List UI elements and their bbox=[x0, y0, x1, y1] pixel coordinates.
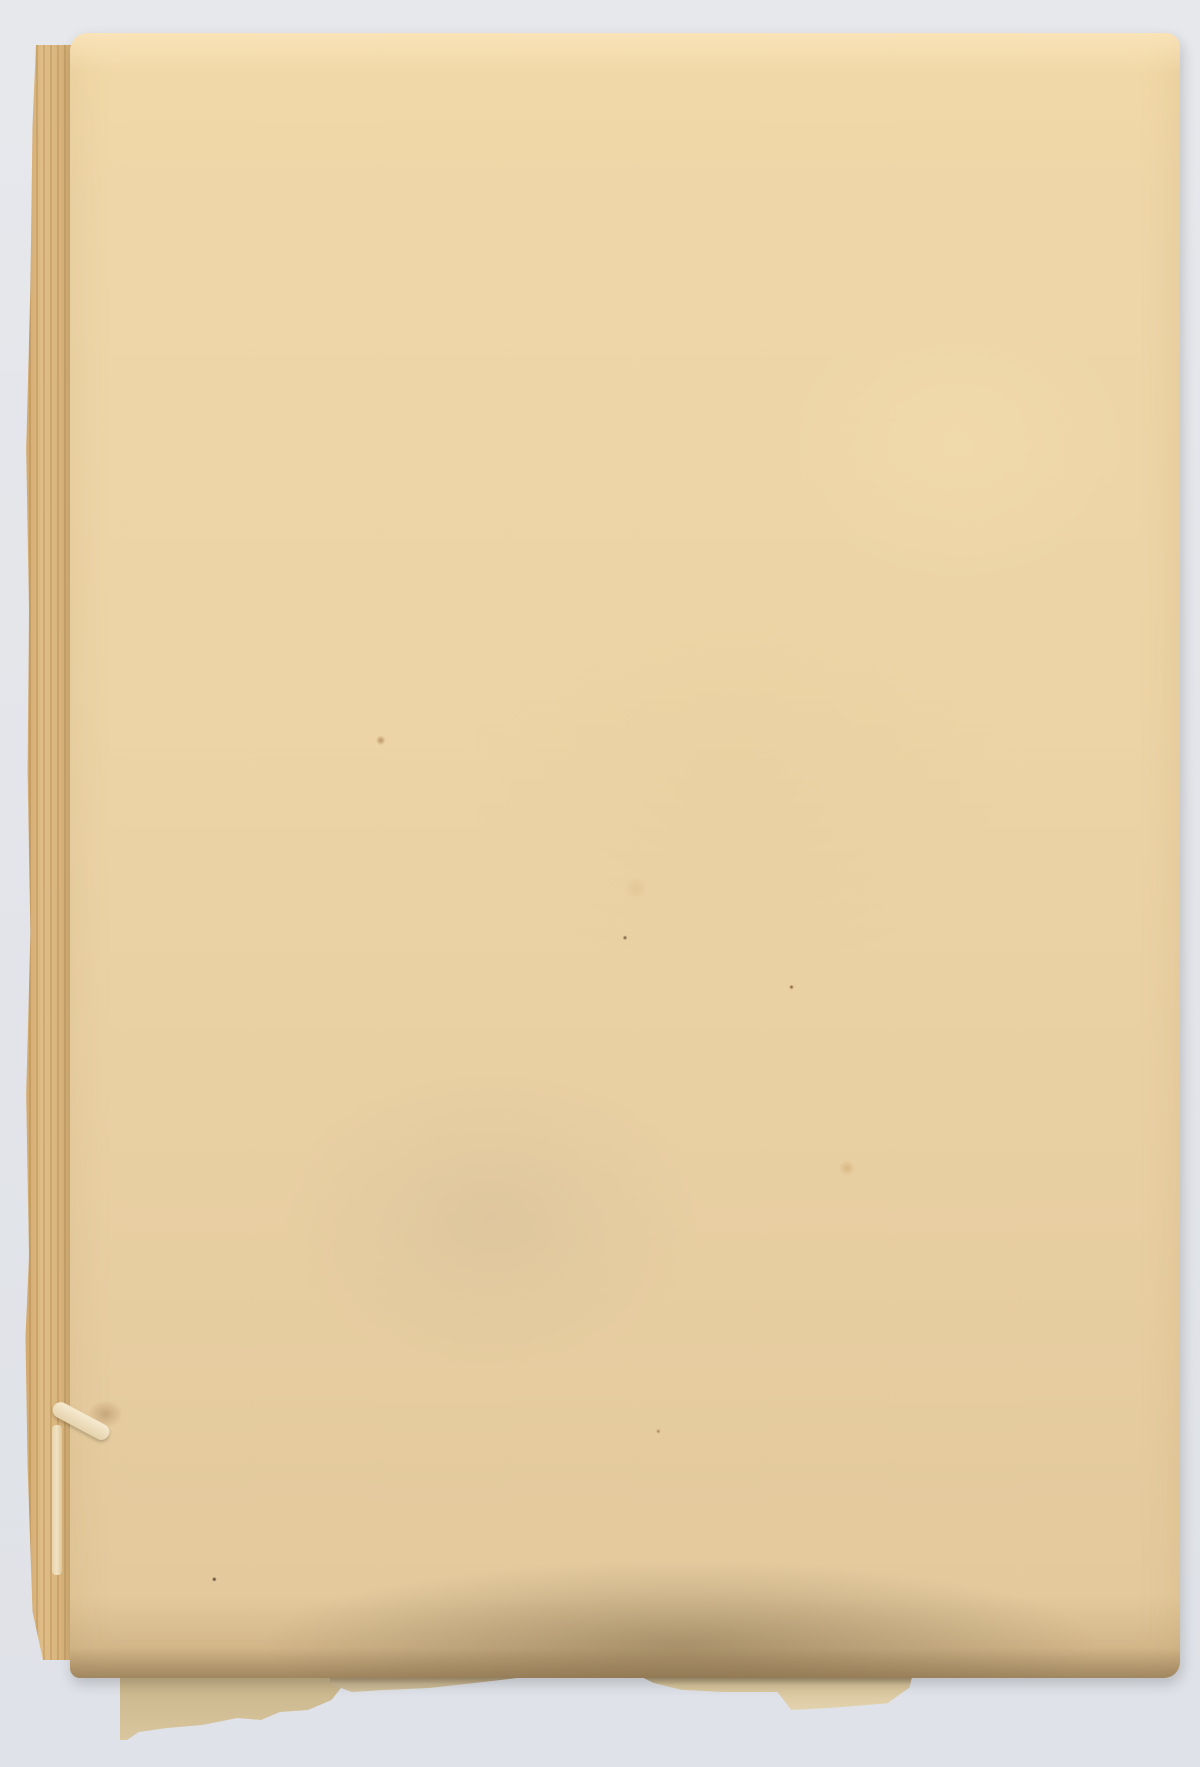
cover-top-fold bbox=[70, 33, 1180, 73]
cover-bottom-edge bbox=[70, 1648, 1180, 1678]
binding-string-tail bbox=[52, 1425, 62, 1575]
photo-scene bbox=[0, 0, 1200, 1767]
book-cover bbox=[70, 33, 1180, 1678]
